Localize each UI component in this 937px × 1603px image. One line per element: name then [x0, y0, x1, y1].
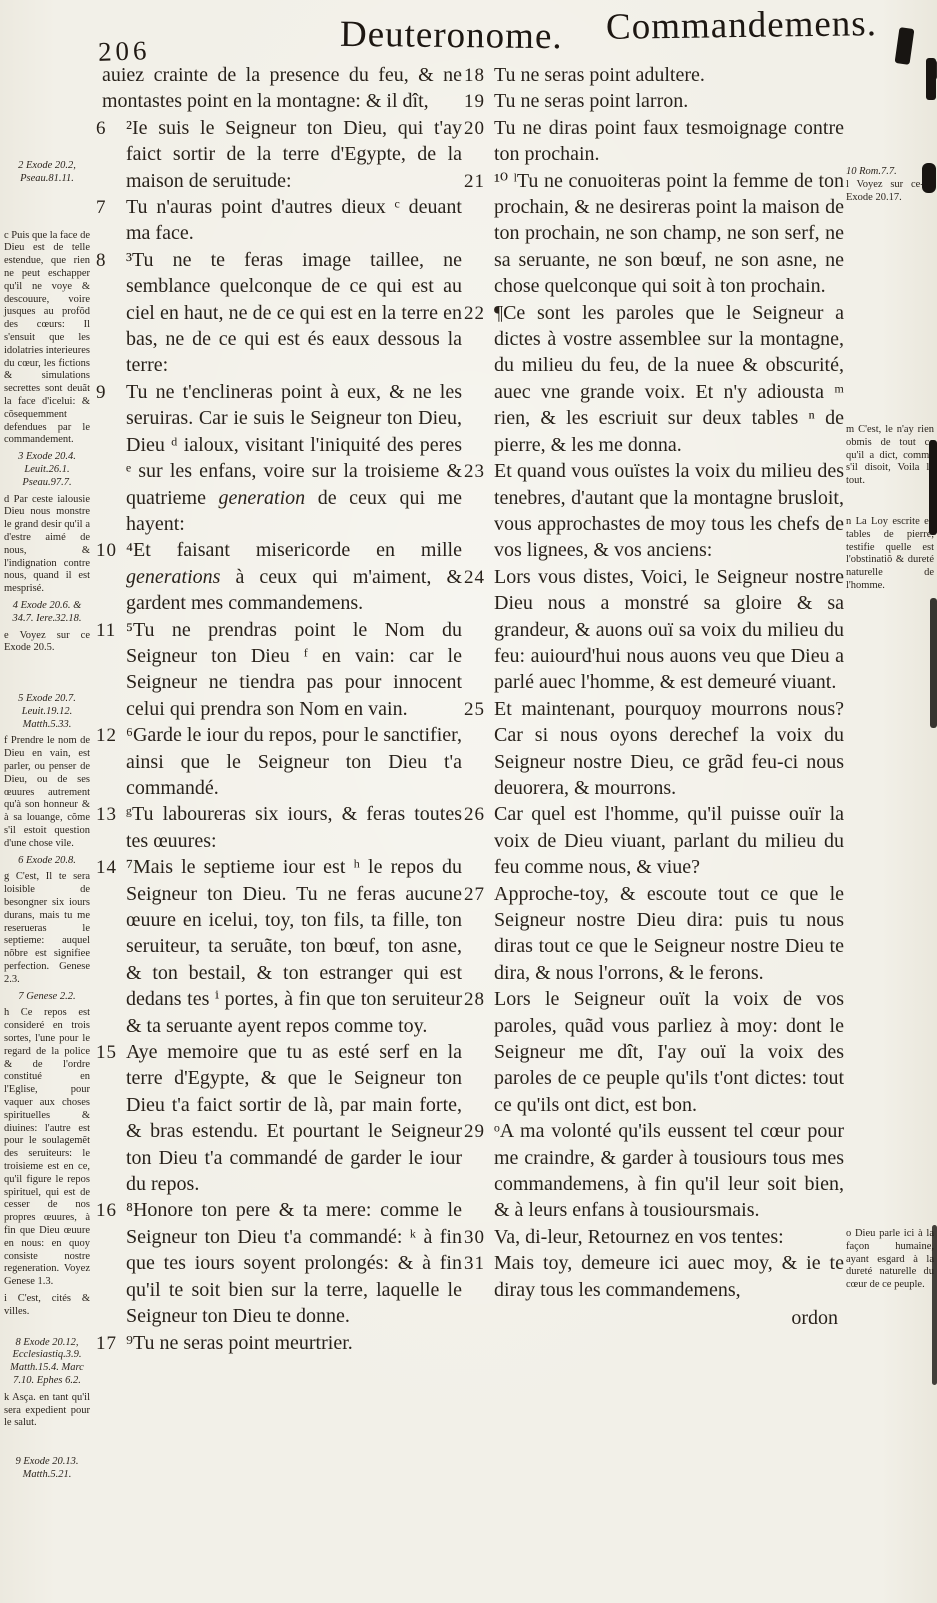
scan-artifact — [929, 440, 937, 535]
margin-note: 6 Exode 20.8. — [4, 855, 90, 868]
verse-text: auiez crainte de la presence du feu, & n… — [102, 64, 462, 112]
scan-artifact — [922, 163, 936, 193]
verse-number: 30 — [464, 1225, 492, 1251]
verse-text: Aye memoire que tu as esté serf en la te… — [126, 1041, 462, 1195]
verse-number: 23 — [464, 459, 492, 485]
verse-text: ²Ie suis le Seigneur ton Dieu, qui t'ay … — [126, 117, 462, 192]
margin-note: 7 Genese 2.2. — [4, 991, 90, 1004]
verse: auiez crainte de la presence du feu, & n… — [96, 62, 462, 115]
verse-text: ᵒA ma volonté qu'ils eussent tel cœur po… — [494, 1120, 844, 1221]
right-column-verses: 18 Tu ne seras point adultere. 19 Tu ne … — [464, 62, 844, 1303]
verse: 27 Approche-toy, & escoute tout ce que l… — [464, 881, 844, 987]
verse-text: ¹⁰ ˡTu ne conuoiteras point la femme de … — [494, 170, 844, 298]
verse-text: ⁶Garde le iour du repos, pour le sanctif… — [126, 724, 462, 799]
margin-note-gloss: h Ce repos est consideré en trois sortes… — [4, 1007, 90, 1289]
verse: 26 Car quel est l'homme, qu'il puisse ou… — [464, 801, 844, 880]
verse: 20 Tu ne diras point faux tesmoignage co… — [464, 115, 844, 168]
verse-text: ᵍTu laboureras six iours, & feras toutes… — [126, 803, 462, 851]
margin-note-gloss: o Dieu parle ici à la façon humaine, aya… — [846, 1228, 934, 1292]
margin-note-gloss: g C'est, Il te sera loisible de besongne… — [4, 871, 90, 986]
verse-text: Tu ne seras point larron. — [494, 90, 688, 112]
verse: 11 ⁵Tu ne prendras point le Nom du Seign… — [96, 617, 462, 723]
verse: 7 Tu n'auras point d'autres dieux ᶜ deua… — [96, 194, 462, 247]
margin-note-gloss: i C'est, cités & villes. — [4, 1293, 90, 1319]
verse: 15 Aye memoire que tu as esté serf en la… — [96, 1039, 462, 1197]
book-title: Deuteronome. — [340, 13, 563, 58]
verse-text: Lors le Seigneur ouït la voix de vos par… — [494, 988, 844, 1116]
verse-text: Et maintenant, pourquoy mourrons nous? C… — [494, 698, 844, 799]
verse: 19 Tu ne seras point larron. — [464, 88, 844, 114]
margin-note: d Par ceste ialousie Dieu nous monstre l… — [4, 494, 90, 596]
margin-note: c Puis que la face de Dieu est de telle … — [4, 230, 90, 448]
verse-number: 25 — [464, 697, 492, 723]
verse-text: ³Tu ne te feras image taillee, ne sembla… — [126, 249, 462, 377]
verse: 8 ³Tu ne te feras image taillee, ne semb… — [96, 247, 462, 379]
verse: 17 ⁹Tu ne seras point meurtrier. — [96, 1330, 462, 1356]
scan-artifact — [932, 1225, 937, 1385]
verse-text: ⁴Et faisant misericorde en mille generat… — [126, 539, 462, 614]
margin-note-reference: 5 Exode 20.7. Leuit.19.12. Matth.5.33. — [4, 693, 90, 731]
verse-number: 15 — [96, 1040, 124, 1066]
margin-note: f Prendre le nom de Dieu en vain, est pa… — [4, 735, 90, 850]
verse: 29 ᵒA ma volonté qu'ils eussent tel cœur… — [464, 1118, 844, 1224]
verse-text: Tu ne diras point faux tesmoignage contr… — [494, 117, 844, 165]
margin-note-gloss: c Puis que la face de Dieu est de telle … — [4, 230, 90, 448]
verse: 18 Tu ne seras point adultere. — [464, 62, 844, 88]
verse-number: 24 — [464, 565, 492, 591]
verse-number: 14 — [96, 855, 124, 881]
scan-artifact — [930, 598, 937, 728]
verse: 28 Lors le Seigneur ouït la voix de vos … — [464, 986, 844, 1118]
margin-note-gloss: k Asça. en tant qu'il sera expedient pou… — [4, 1392, 90, 1430]
margin-note: e Voyez sur ce Exode 20.5. — [4, 630, 90, 656]
verse: 14 ⁷Mais le septieme iour est ʰ le repos… — [96, 854, 462, 1039]
margin-note-gloss: e Voyez sur ce Exode 20.5. — [4, 630, 90, 656]
verse-number: 11 — [96, 618, 124, 644]
verse-number: 16 — [96, 1198, 124, 1224]
verse: 10 ⁴Et faisant misericorde en mille gene… — [96, 537, 462, 616]
verse-number: 27 — [464, 882, 492, 908]
margin-note: 8 Exode 20.12, Ecclesiastiq.3.9. Matth.1… — [4, 1337, 90, 1388]
right-margin-note-o: o Dieu parle ici à la façon humaine, aya… — [846, 1228, 934, 1292]
verse-number: 31 — [464, 1251, 492, 1277]
margin-note-reference: 4 Exode 20.6. & 34.7. Iere.32.18. — [4, 600, 90, 626]
verse-number: 7 — [96, 195, 124, 221]
verse: 23 Et quand vous ouïstes la voix du mili… — [464, 458, 844, 564]
margin-note-gloss: n La Loy escrite en tables de pierre, te… — [846, 516, 934, 593]
margin-note-reference: 10 Rom.7.7. — [846, 166, 934, 179]
verse-text: Tu ne seras point adultere. — [494, 64, 705, 86]
catchword: ordon — [464, 1305, 844, 1331]
verse-number: 21 — [464, 169, 492, 195]
verse-text: ⁵Tu ne prendras point le Nom du Seigneur… — [126, 619, 462, 720]
verse: 12 ⁶Garde le iour du repos, pour le sanc… — [96, 722, 462, 801]
verse: 30 Va, di-leur, Retournez en vos tentes: — [464, 1224, 844, 1250]
verse-text: Et quand vous ouïstes la voix du milieu … — [494, 460, 844, 561]
margin-note-reference: 6 Exode 20.8. — [4, 855, 90, 868]
margin-note-reference: 2 Exode 20.2, Pseau.81.11. — [4, 160, 90, 186]
left-margin-notes: 2 Exode 20.2, Pseau.81.11. c Puis que la… — [4, 160, 90, 1486]
verse: 21 ¹⁰ ˡTu ne conuoiteras point la femme … — [464, 168, 844, 300]
verse: 6 ²Ie suis le Seigneur ton Dieu, qui t'a… — [96, 115, 462, 194]
margin-note-reference: 8 Exode 20.12, Ecclesiastiq.3.9. Matth.1… — [4, 1337, 90, 1388]
margin-note: k Asça. en tant qu'il sera expedient pou… — [4, 1392, 90, 1430]
verse: 16 ⁸Honore ton pere & ta mere: comme le … — [96, 1197, 462, 1329]
main-text-left-column: auiez crainte de la presence du feu, & n… — [96, 62, 462, 1356]
right-margin-note-n: n La Loy escrite en tables de pierre, te… — [846, 516, 934, 593]
verse-number: 28 — [464, 987, 492, 1013]
verse-text: Approche-toy, & escoute tout ce que le S… — [494, 883, 844, 984]
verse-text: Tu ne t'enclineras point à eux, & ne les… — [126, 381, 462, 535]
verse: 24 Lors vous distes, Voici, le Seigneur … — [464, 564, 844, 696]
margin-note-reference: 9 Exode 20.13. Matth.5.21. — [4, 1456, 90, 1482]
verse-number: 17 — [96, 1331, 124, 1357]
right-margin-note-m: m C'est, le n'ay rien obmis de tout ce q… — [846, 424, 934, 488]
right-margin-note-l: 10 Rom.7.7. l Voyez sur ce-ci, Exode 20.… — [846, 166, 934, 204]
verse-number: 9 — [96, 380, 124, 406]
running-title: Commandemens. — [606, 2, 878, 49]
margin-note: g C'est, Il te sera loisible de besongne… — [4, 871, 90, 986]
scan-artifact — [895, 27, 915, 65]
verse-text: Va, di-leur, Retournez en vos tentes: — [494, 1226, 784, 1248]
margin-note: 9 Exode 20.13. Matth.5.21. — [4, 1456, 90, 1482]
margin-note: 3 Exode 20.4. Leuit.26.1. Pseau.97.7. — [4, 451, 90, 489]
margin-note-reference: 7 Genese 2.2. — [4, 991, 90, 1004]
verse-text: Mais toy, demeure ici auec moy, & ie te … — [494, 1252, 844, 1300]
verse: 13 ᵍTu laboureras six iours, & feras tou… — [96, 801, 462, 854]
verse-number: 22 — [464, 301, 492, 327]
scan-artifact — [930, 60, 937, 80]
verse-text: ¶Ce sont les paroles que le Seigneur a d… — [494, 302, 844, 456]
margin-note-reference: 3 Exode 20.4. Leuit.26.1. Pseau.97.7. — [4, 451, 90, 489]
margin-note: 5 Exode 20.7. Leuit.19.12. Matth.5.33. — [4, 693, 90, 731]
verse-text: ⁸Honore ton pere & ta mere: comme le Sei… — [126, 1199, 462, 1327]
margin-note: 2 Exode 20.2, Pseau.81.11. — [4, 160, 90, 186]
verse-number: 10 — [96, 538, 124, 564]
verse-number: 8 — [96, 248, 124, 274]
verse-number: 20 — [464, 116, 492, 142]
verse: 22 ¶Ce sont les paroles que le Seigneur … — [464, 300, 844, 458]
margin-note-gloss: m C'est, le n'ay rien obmis de tout ce q… — [846, 424, 934, 488]
verse-number: 18 — [464, 63, 492, 89]
verse-number: 6 — [96, 116, 124, 142]
scanned-book-page: { "colors": { "paper": "#f1efe7", "ink":… — [0, 0, 937, 1603]
margin-note-gloss: l Voyez sur ce-ci, Exode 20.17. — [846, 179, 934, 205]
verse-number: 13 — [96, 802, 124, 828]
verse-number: 19 — [464, 89, 492, 115]
verse-text: ⁹Tu ne seras point meurtrier. — [126, 1332, 353, 1354]
verse-number: 29 — [464, 1119, 492, 1145]
margin-note-gloss: d Par ceste ialousie Dieu nous monstre l… — [4, 494, 90, 596]
verse-text: Car quel est l'homme, qu'il puisse ouïr … — [494, 803, 844, 878]
verse-text: Lors vous distes, Voici, le Seigneur nos… — [494, 566, 844, 694]
margin-note-gloss: f Prendre le nom de Dieu en vain, est pa… — [4, 735, 90, 850]
verse-text: Tu n'auras point d'autres dieux ᶜ deuant… — [126, 196, 462, 244]
verse-text: ⁷Mais le septieme iour est ʰ le repos du… — [126, 856, 462, 1036]
margin-note: h Ce repos est consideré en trois sortes… — [4, 1007, 90, 1289]
margin-note: i C'est, cités & villes. — [4, 1293, 90, 1319]
verse-number: 26 — [464, 802, 492, 828]
main-text-right-column: 18 Tu ne seras point adultere. 19 Tu ne … — [464, 62, 844, 1332]
verse: 9 Tu ne t'enclineras point à eux, & ne l… — [96, 379, 462, 537]
verse: 25 Et maintenant, pourquoy mourrons nous… — [464, 696, 844, 802]
margin-note: 4 Exode 20.6. & 34.7. Iere.32.18. — [4, 600, 90, 626]
verse-number: 12 — [96, 723, 124, 749]
verse: 31 Mais toy, demeure ici auec moy, & ie … — [464, 1250, 844, 1303]
